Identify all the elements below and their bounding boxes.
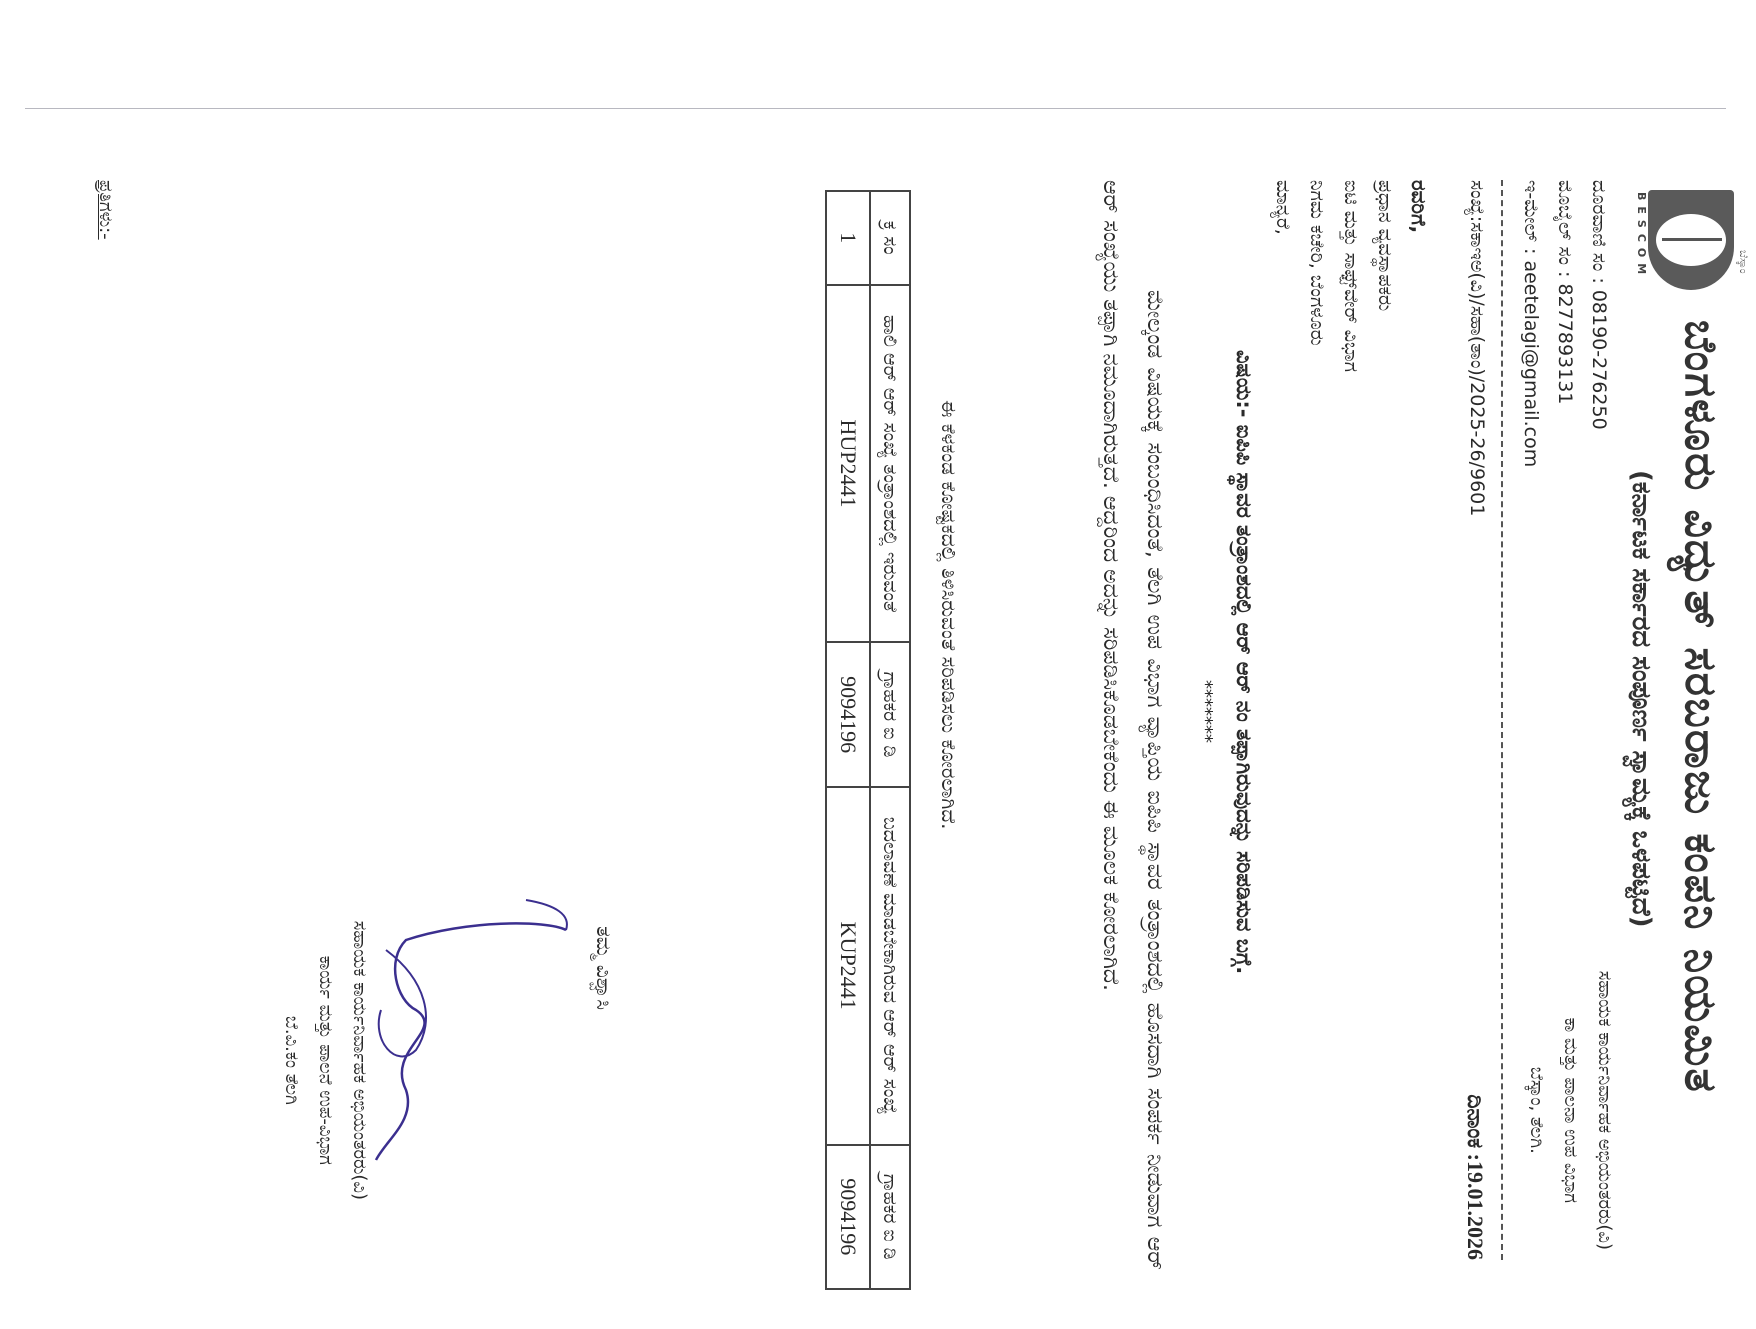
copies-label: ಪ್ರತಿಗಳು:-: [95, 180, 116, 240]
mobile-line: ಮೊಬೈಲ್ ಸಂ : 8277893131: [1548, 180, 1582, 467]
logo-kannada-label: ಬೆಸ್ಕಾಂ: [1736, 250, 1750, 274]
separator-stars: *******: [1195, 680, 1216, 743]
signatory-block: ಸಹಾಯಕ ಕಾರ್ಯನಿರ್ವಾಹಕ ಅಭಿಯಂತರರು(ವಿ) ಕಾರ್ಯ …: [274, 921, 376, 1200]
office-address: ಸಹಾಯಕ ಕಾರ್ಯನಿರ್ವಾಹಕ ಅಭಿಯಂತರರು(ವಿ) ಕಾ ಮತ್…: [1519, 971, 1621, 1250]
letter-page: ಬೆಸ್ಕಾಂ BESCOM ಬೆಂಗಳೂರು ವಿದ್ಯುತ್ ಸರಬರಾಜು…: [26, 150, 1756, 1310]
office-line: ಬೆಸ್ಕಾಂ, ತೆಲಗಿ.: [1519, 971, 1553, 1250]
recipient-line: ನಿಗಮ ಕಚೇರಿ, ಬೆಂಗಳೂರು: [1300, 180, 1334, 372]
table-header-row: ಕ್ರ ಸಂ ಹಾಲಿ ಆರ್ ಆರ್ ಸಂಖ್ಯೆ ತಂತ್ರಾಂಶದಲ್ಲಿ…: [870, 191, 910, 1289]
recipient-title: ರವರಿಗೆ,: [1402, 180, 1436, 372]
salutation: ಮಾನ್ಯರೆ,: [1266, 180, 1300, 372]
col-header-serial: ಕ್ರ ಸಂ: [870, 191, 910, 285]
body-paragraph: ಮೇಲ್ಕಂಡ ವಿಷಯಕ್ಕೆ ಸಂಬಂಧಿಸಿದಂತೆ, ತೆಲಗಿ ಉಪ …: [1088, 180, 1176, 1270]
yours-faithfully: ತಮ್ಮ ವಿಶ್ವಾಸಿ: [592, 926, 616, 1010]
company-subtitle: (ಕರ್ನಾಟಕ ಸರ್ಕಾರದ ಸಂಪೂರ್ಣ ಸ್ವಾಮ್ಯಕ್ಕೆ ಒಳಪ…: [1625, 470, 1656, 928]
cell-consumer-id: 9094196: [826, 642, 870, 786]
recipient-line: ಪ್ರಧಾನ ವ್ಯವಸ್ಥಾಪಕರು: [1368, 180, 1402, 372]
cell-serial: 1: [826, 191, 870, 285]
header-dashed-divider: [1501, 180, 1503, 1260]
table-row: 1 HUP2441 9094196 KUP2441 9094196: [826, 191, 870, 1289]
reference-row: ಸಂಖ್ಯೆ:ಸಕಾಇಅ(ವಿ)/ಸಹಾ(ತಾಂ)/2025-26/9601 ದ…: [1466, 180, 1488, 1260]
cell-current-rr: HUP2441: [826, 285, 870, 643]
col-header-new-rr: ಬದಲಾವಣೆ ಮಾಡಬೇಕಾಗಿರುವ ಆರ್ ಆರ್ ಸಂಖ್ಯೆ: [870, 787, 910, 1145]
signatory-division: ಕಾರ್ಯ ಮತ್ತು ಪಾಲನೆ ಉಪ-ವಿಭಾಗ: [308, 921, 342, 1200]
subject-line: ವಿಷಯ:- ಐಪಿಪಿ ಸ್ಥಾವರ ತಂತ್ರಾಂಶದಲ್ಲಿ ಆರ್ ಆರ…: [1231, 350, 1256, 974]
signatory-office: ಬೆ.ವಿ.ಕಂ ತೆಲಗಿ: [274, 921, 308, 1200]
email-line: ಇ-ಮೇಲ್ : aeetelagi@gmail.com: [1514, 180, 1548, 467]
cell-consumer-id-2: 9094196: [826, 1145, 870, 1289]
logo-pole-icon: [1662, 238, 1722, 241]
reference-number: ಸಂಖ್ಯೆ:ಸಕಾಇಅ(ವಿ)/ಸಹಾ(ತಾಂ)/2025-26/9601: [1466, 180, 1488, 516]
letterhead: ಬೆಸ್ಕಾಂ BESCOM ಬೆಂಗಳೂರು ವಿದ್ಯುತ್ ಸರಬರಾಜು…: [1496, 150, 1756, 1310]
table-caption: ಈ ಕೆಳಕಂಡ ಕೋಷ್ಟಕದಲ್ಲಿ ತಿಳಿಸಿರುವಂತೆ ಸರಿಪಡಿ…: [937, 400, 961, 829]
cell-new-rr: KUP2441: [826, 787, 870, 1145]
recipient-line: ಐಟಿ ಮತ್ತು ಸಾಫ್ಟ್‌ವೇರ್ ವಿಭಾಗ: [1334, 180, 1368, 372]
recipient-block: ರವರಿಗೆ, ಪ್ರಧಾನ ವ್ಯವಸ್ಥಾಪಕರು ಐಟಿ ಮತ್ತು ಸಾ…: [1266, 180, 1436, 372]
col-header-current-rr: ಹಾಲಿ ಆರ್ ಆರ್ ಸಂಖ್ಯೆ ತಂತ್ರಾಂಶದಲ್ಲಿ ಇರುವಂತ…: [870, 285, 910, 643]
logo-label: BESCOM: [1635, 192, 1648, 280]
company-name: ಬೆಂಗಳೂರು ವಿದ್ಯುತ್ ಸರಬರಾಜು ಕಂಪನಿ ನಿಯಮಿತ: [1675, 320, 1726, 1094]
handwritten-signature: [356, 890, 586, 1170]
scan-top-rule: [25, 108, 1726, 109]
col-header-consumer-id-2: ಗ್ರಾಹಕರ ಐ ಡಿ: [870, 1145, 910, 1289]
signatory-designation: ಸಹಾಯಕ ಕಾರ್ಯನಿರ್ವಾಹಕ ಅಭಿಯಂತರರು(ವಿ): [342, 921, 376, 1200]
contact-block: ದೂರವಾಣಿ ಸಂ : 08190-276250 ಮೊಬೈಲ್ ಸಂ : 82…: [1514, 180, 1616, 467]
col-header-consumer-id: ಗ್ರಾಹಕರ ಐ ಡಿ: [870, 642, 910, 786]
office-line: ಸಹಾಯಕ ಕಾರ್ಯನಿರ್ವಾಹಕ ಅಭಿಯಂತರರು(ವಿ): [1587, 971, 1621, 1250]
phone-line: ದೂರವಾಣಿ ಸಂ : 08190-276250: [1582, 180, 1616, 467]
office-line: ಕಾ ಮತ್ತು ಪಾಲನಾ ಉಪ ವಿಭಾಗ: [1553, 971, 1587, 1250]
bescom-logo: ಬೆಸ್ಕಾಂ BESCOM: [1634, 180, 1744, 300]
rr-number-table: ಕ್ರ ಸಂ ಹಾಲಿ ಆರ್ ಆರ್ ಸಂಖ್ಯೆ ತಂತ್ರಾಂಶದಲ್ಲಿ…: [825, 190, 911, 1290]
letter-date: ದಿನಾಂಕ :19.01.2026: [1462, 1094, 1488, 1260]
